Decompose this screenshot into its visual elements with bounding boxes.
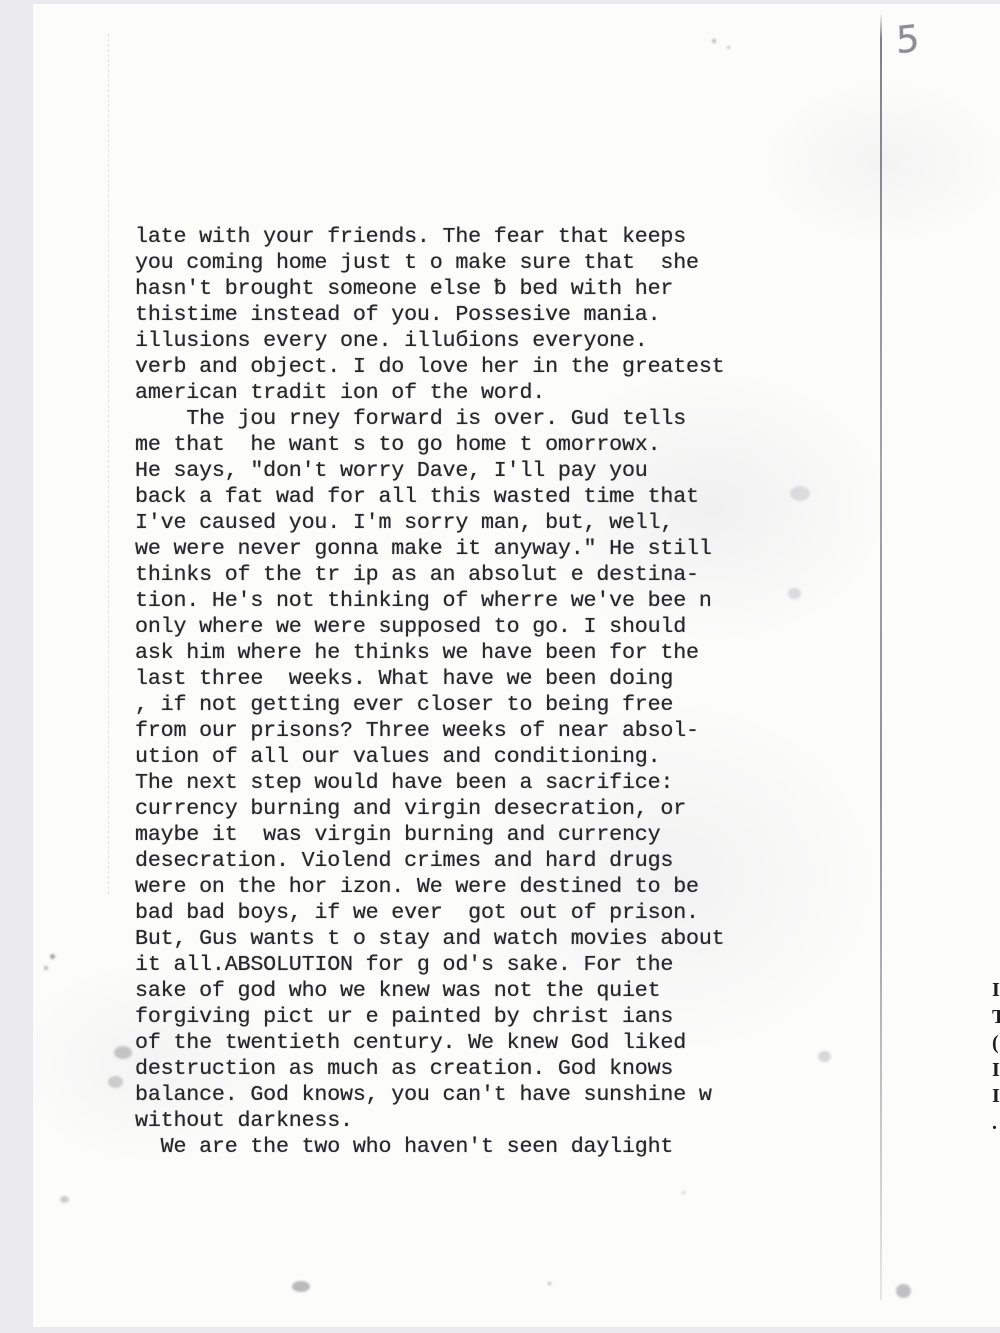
ink-smudge bbox=[292, 1281, 310, 1292]
typewritten-line: we were never gonna make it anyway." He … bbox=[135, 536, 724, 562]
adjacent-page-text-fragments: IT(II. bbox=[992, 977, 1000, 1136]
ink-smudge bbox=[108, 1076, 123, 1088]
ink-smudge bbox=[727, 46, 730, 49]
typewritten-line: The next step would have been a sacrific… bbox=[135, 770, 724, 796]
typewritten-line: of the twentieth century. We knew God li… bbox=[135, 1030, 724, 1056]
ink-smudge bbox=[712, 39, 716, 43]
typewritten-line: illusions every one. illuбions everyone. bbox=[135, 328, 724, 354]
typewritten-line: , if not getting ever closer to being fr… bbox=[135, 692, 724, 718]
scanned-document-page: 5 late with your friends. The fear that … bbox=[0, 0, 1000, 1333]
typewritten-line: you coming home just t o make sure that … bbox=[135, 250, 724, 276]
typewritten-line: from our prisons? Three weeks of near ab… bbox=[135, 718, 724, 744]
ink-smudge bbox=[818, 1051, 831, 1062]
adjacent-page-text-fragment: I bbox=[992, 1083, 1000, 1110]
typewritten-line: without darkness. bbox=[135, 1108, 724, 1134]
adjacent-page-text-fragment: ( bbox=[992, 1030, 1000, 1057]
typewritten-line: me that he want s to go home t omorrowx. bbox=[135, 432, 724, 458]
adjacent-page-text-fragment: . bbox=[992, 1110, 1000, 1137]
typewritten-line: desecration. Violend crimes and hard dru… bbox=[135, 848, 724, 874]
typewritten-line: verb and object. I do love her in the gr… bbox=[135, 354, 724, 380]
ink-smudge bbox=[788, 588, 801, 599]
typewritten-line: ution of all our values and conditioning… bbox=[135, 744, 724, 770]
typewritten-line: I've caused you. I'm sorry man, but, wel… bbox=[135, 510, 724, 536]
typewritten-line: back a fat wad for all this wasted time … bbox=[135, 484, 724, 510]
ink-smudge bbox=[682, 1191, 685, 1194]
typewritten-line: destruction as much as creation. God kno… bbox=[135, 1056, 724, 1082]
typewritten-line: hasn't brought someone else ƀ bed with h… bbox=[135, 276, 724, 302]
typewritten-line: sake of god who we knew was not the quie… bbox=[135, 978, 724, 1004]
ink-smudge bbox=[896, 1284, 911, 1298]
typewritten-line: But, Gus wants t o stay and watch movies… bbox=[135, 926, 724, 952]
ink-smudge bbox=[44, 966, 48, 970]
typewritten-line: bad bad boys, if we ever got out of pris… bbox=[135, 900, 724, 926]
typewritten-line: american tradit ion of the word. bbox=[135, 380, 724, 406]
ink-smudge bbox=[548, 1282, 551, 1285]
ink-smudge bbox=[114, 1046, 132, 1059]
typewritten-line: last three weeks. What have we been doin… bbox=[135, 666, 724, 692]
handwritten-page-number: 5 bbox=[895, 17, 920, 63]
ink-smudge bbox=[50, 954, 55, 959]
typewritten-line: forgiving pict ur e painted by christ ia… bbox=[135, 1004, 724, 1030]
typewritten-line: thistime instead of you. Possesive mania… bbox=[135, 302, 724, 328]
adjacent-page-text-fragment: I bbox=[992, 977, 1000, 1004]
typewritten-line: thinks of the tr ip as an absolut e dest… bbox=[135, 562, 724, 588]
typewritten-line: maybe it was virgin burning and currency bbox=[135, 822, 724, 848]
typewritten-line: currency burning and virgin desecration,… bbox=[135, 796, 724, 822]
typewritten-line: The jou rney forward is over. Gud tells bbox=[135, 406, 724, 432]
adjacent-page-text-fragment: T bbox=[992, 1004, 1000, 1031]
typewritten-line: We are the two who haven't seen daylight bbox=[135, 1134, 724, 1160]
typewritten-line: tion. He's not thinking of wherre we've … bbox=[135, 588, 724, 614]
typewritten-line: balance. God knows, you can't have sunsh… bbox=[135, 1082, 724, 1108]
typewritten-line: were on the hor izon. We were destined t… bbox=[135, 874, 724, 900]
ink-smudge bbox=[60, 1196, 69, 1203]
typewritten-line: ask him where he thinks we have been for… bbox=[135, 640, 724, 666]
ink-smudge bbox=[790, 486, 810, 501]
typewritten-line: He says, "don't worry Dave, I'll pay you bbox=[135, 458, 724, 484]
typewritten-line: it all.ABSOLUTION for g od's sake. For t… bbox=[135, 952, 724, 978]
typewritten-line: only where we were supposed to go. I sho… bbox=[135, 614, 724, 640]
page-fold-seam-line bbox=[880, 13, 882, 1300]
adjacent-page-text-fragment: I bbox=[992, 1057, 1000, 1084]
typewritten-line: late with your friends. The fear that ke… bbox=[135, 224, 724, 250]
typewritten-text-block: late with your friends. The fear that ke… bbox=[135, 224, 724, 1160]
faint-page-edge-line bbox=[108, 34, 109, 894]
